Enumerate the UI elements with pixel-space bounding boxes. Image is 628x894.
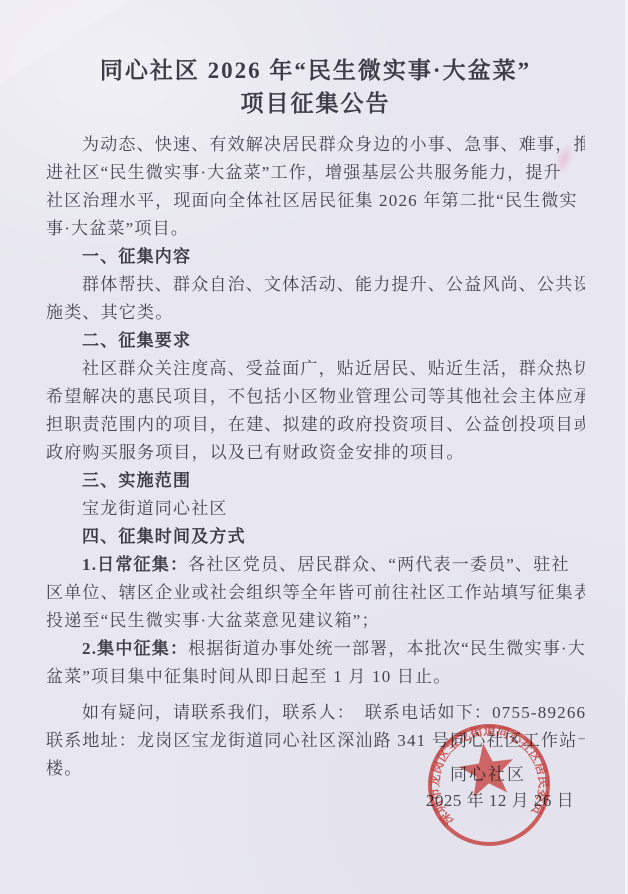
doc-title-line-1: 同心社区 2026 年“民生微实事·大盆菜” [46,54,585,87]
section-heading-1: 一、征集内容 [46,243,585,271]
list-item-label: 1.日常征集： [82,555,188,574]
doc-line: 政府购买服务项目，以及已有财政资金安排的项目。 [46,439,585,467]
doc-line: 希望解决的惠民项目，不包括小区物业管理公司等其他社会主体应承 [46,383,585,411]
doc-line: 施类、其它类。 [46,299,585,327]
section-heading-4: 四、征集时间及方式 [46,523,585,551]
document-content: 同心社区 2026 年“民生微实事·大盆菜” 项目征集公告 为动态、快速、有效解… [46,54,585,783]
doc-title-line-2: 项目征集公告 [46,87,585,120]
doc-line: 社区治理水平，现面向全体社区居民征集 2026 年第二批“民生微实 [46,187,585,215]
doc-body: 为动态、快速、有效解决居民群众身边的小事、急事、难事，推 进社区“民生微实事·大… [46,131,585,783]
doc-line: 群体帮扶、群众自治、文体活动、能力提升、公益风尚、公共设 [46,271,585,299]
section-heading-2: 二、征集要求 [46,327,585,355]
list-item-label: 2.集中征集： [82,639,188,658]
doc-line: 2.集中征集：根据街道办事处统一部署，本批次“民生微实事·大 [46,635,585,663]
seal-ring [422,718,555,851]
doc-line: 担职责范围内的项目，在建、拟建的政府投资项目、公益创投项目或 [46,411,585,439]
doc-line: 投递至“民生微实事·大盆菜意见建议箱”； [46,607,585,635]
section-heading-3: 三、实施范围 [46,467,585,495]
doc-line-text: 各社区党员、居民群众、“两代表一委员”、驻社 [188,555,570,574]
doc-line: 事·大盆菜”项目。 [46,215,585,243]
doc-line: 区单位、辖区企业或社会组织等全年皆可前往社区工作站填写征集表 [46,579,585,607]
document-page: 同心社区 2026 年“民生微实事·大盆菜” 项目征集公告 为动态、快速、有效解… [0,0,628,894]
doc-line-text: 根据街道办事处统一部署，本批次“民生微实事·大 [188,639,585,658]
star-icon [456,740,517,799]
doc-line: 1.日常征集：各社区党员、居民群众、“两代表一委员”、驻社 [46,551,585,579]
doc-line: 盆菜”项目集中征集时间从即日起至 1 月 10 日止。 [46,663,585,691]
doc-line: 为动态、快速、有效解决居民群众身边的小事、急事、难事，推 [46,131,585,159]
doc-line: 进社区“民生微实事·大盆菜”工作，增强基层公共服务能力，提升 [46,159,585,187]
doc-line: 宝龙街道同心社区 [46,495,585,523]
official-seal-stamp: 深圳市龙岗区宝龙街道同心社区居民委员会 [411,707,567,863]
doc-line: 社区群众关注度高、受益面广，贴近居民、贴近生活，群众热切 [46,355,585,383]
